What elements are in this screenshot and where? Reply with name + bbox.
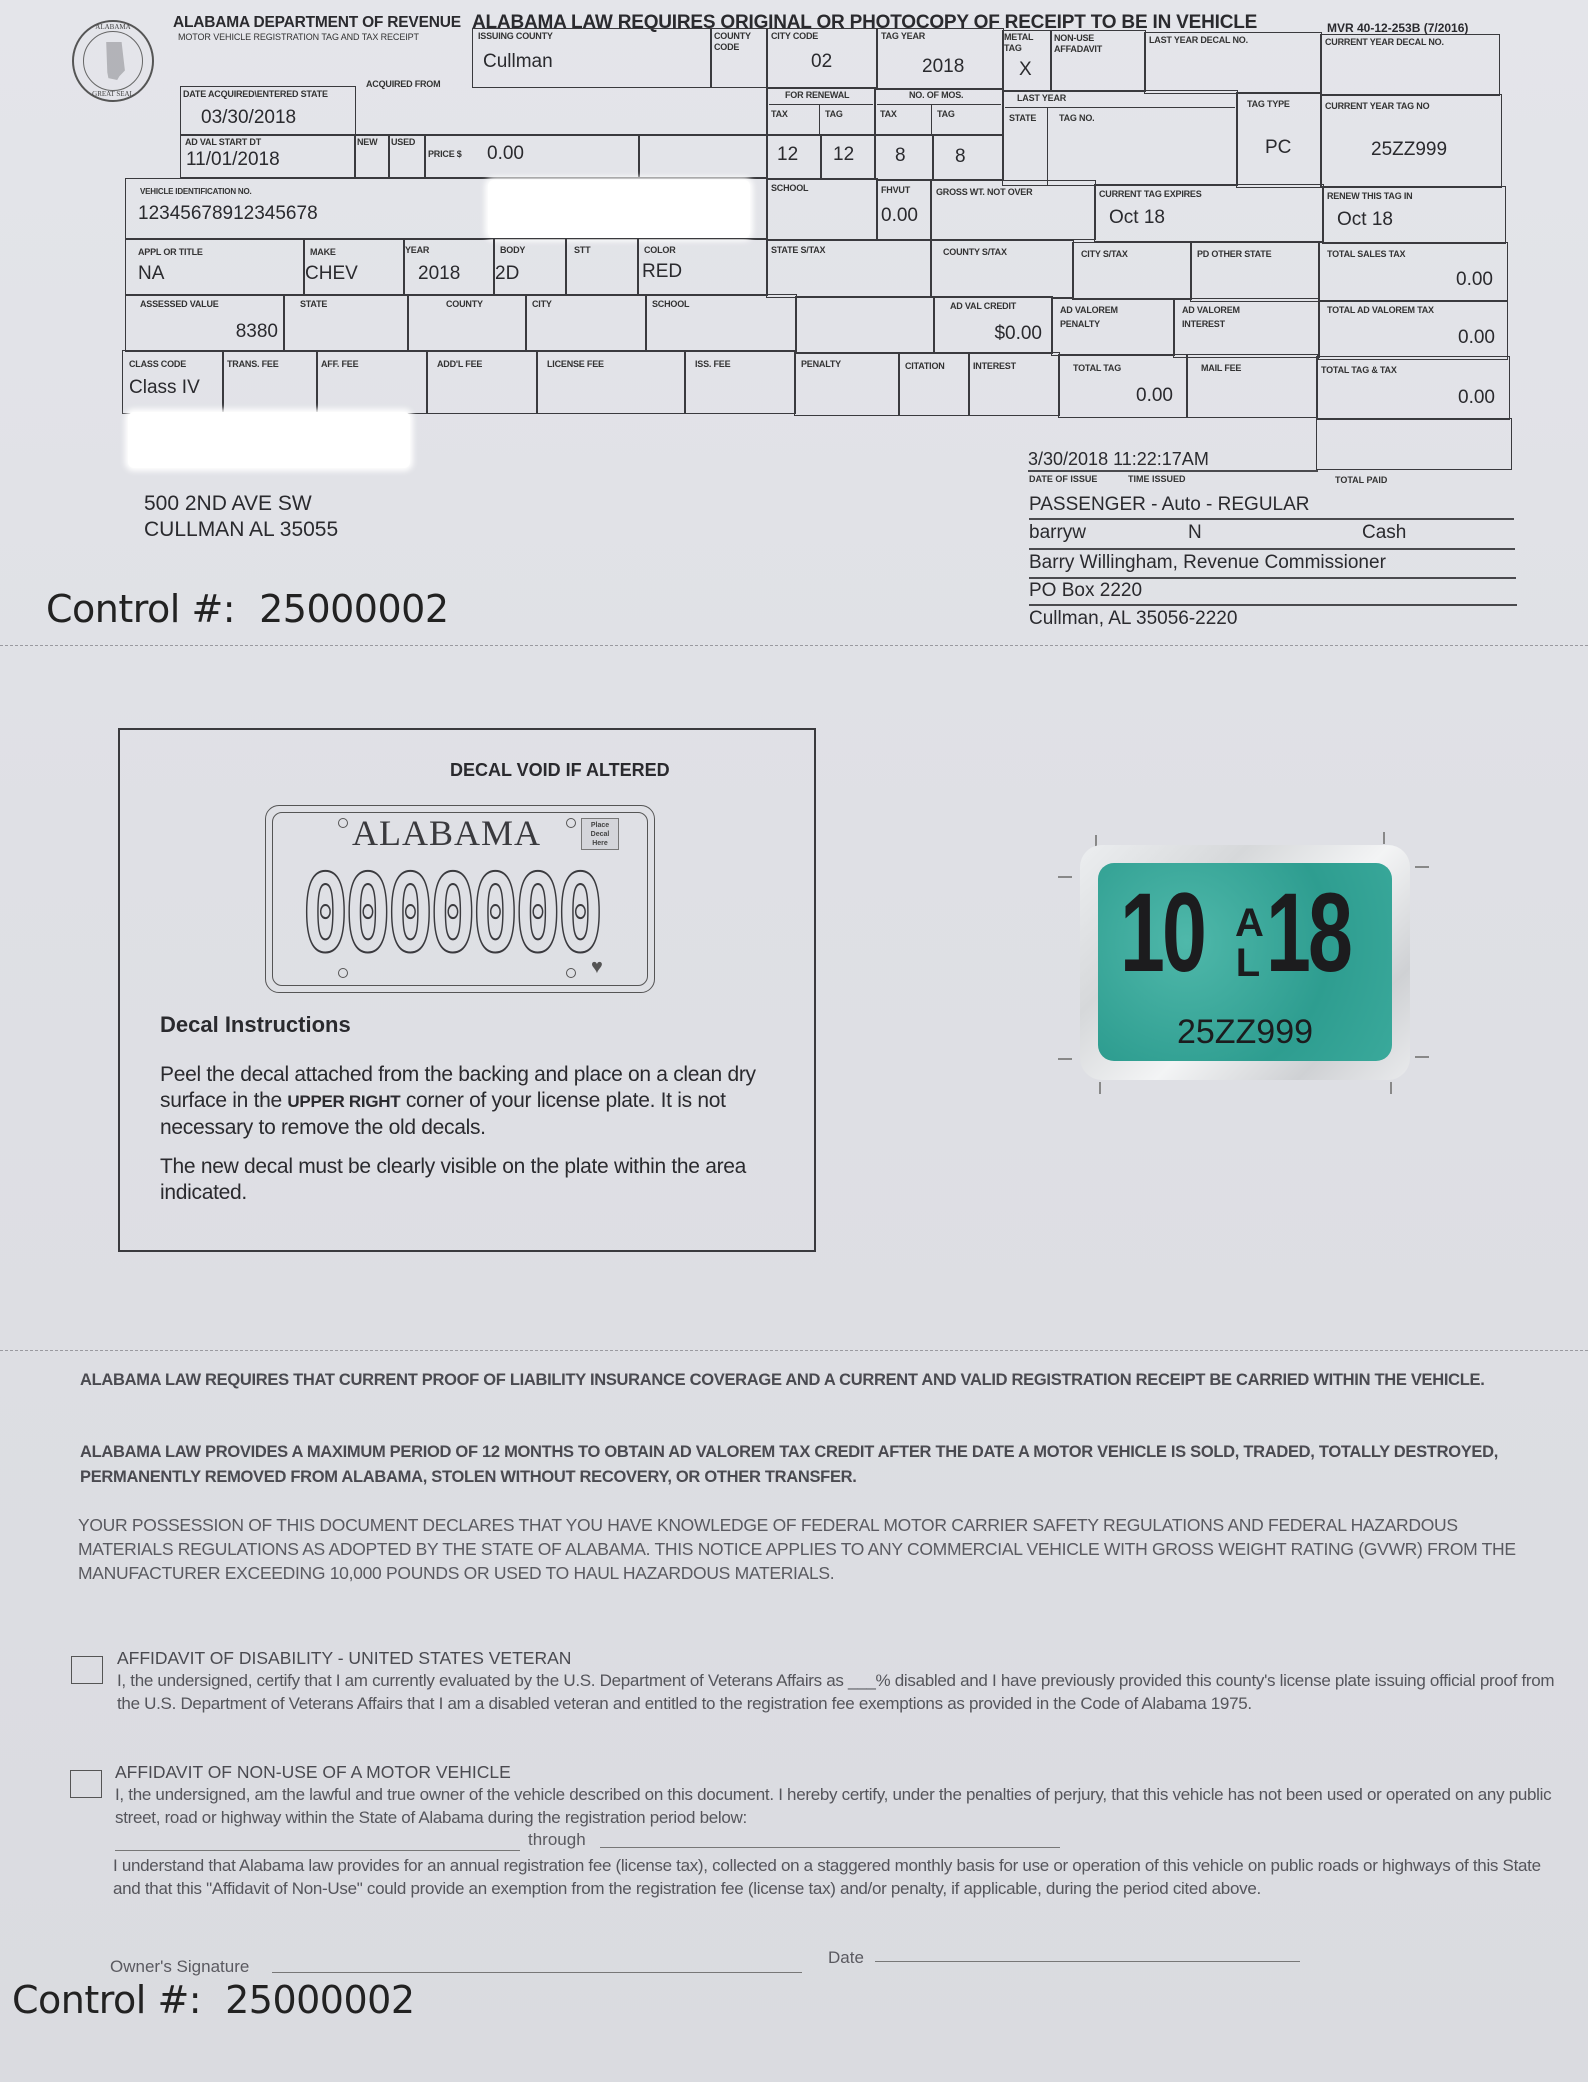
- ad-val-credit-value: $0.00: [994, 323, 1042, 345]
- for-renewal-label: FOR RENEWAL: [785, 90, 849, 101]
- license-fee-label: LICENSE FEE: [547, 359, 604, 370]
- disability-affidavit-checkbox[interactable]: [71, 1656, 103, 1684]
- body-value: 2D: [495, 263, 519, 285]
- registration-receipt-page: ALABAMA GREAT SEAL ALABAMA DEPARTMENT OF…: [0, 0, 1588, 2082]
- non-use-affidavit-understanding: I understand that Alabama law provides f…: [113, 1854, 1553, 1900]
- total-tag-cell: TOTAL TAG 0.00: [1058, 354, 1188, 418]
- issuing-county-cell: ISSUING COUNTY Cullman: [472, 28, 712, 88]
- iss-fee-label: ISS. FEE: [695, 359, 730, 370]
- license-plate-diagram: ALABAMA Place Decal Here 0000000 ♥: [265, 805, 655, 993]
- av-school-cell: SCHOOL: [645, 294, 797, 352]
- renewal-tax-value-cell: 12: [766, 134, 822, 180]
- blank-cell-b: [795, 296, 935, 354]
- decal-state-abbrev: A L: [1235, 903, 1261, 983]
- divider: [1029, 577, 1516, 579]
- trans-fee-cell: TRANS. FEE: [222, 350, 318, 414]
- renew-this-tag-label: RENEW THIS TAG IN: [1327, 191, 1412, 202]
- current-year-decal-cell: CURRENT YEAR DECAL NO.: [1320, 34, 1500, 96]
- no-of-months-tax-label: TAX: [880, 109, 897, 120]
- gross-weight-label: GROSS WT. NOT OVER: [936, 187, 1032, 198]
- decal-month: 10: [1120, 877, 1204, 989]
- make-value: CHEV: [305, 263, 358, 285]
- current-year-decal-label: CURRENT YEAR DECAL NO.: [1325, 37, 1444, 48]
- blank-cell-a: [638, 134, 768, 178]
- ad-val-credit-label: AD VAL CREDIT: [950, 301, 1016, 312]
- non-use-label: NON-USE AFFADAVIT: [1054, 33, 1134, 56]
- non-use-affidavit-checkbox[interactable]: [70, 1770, 102, 1798]
- date-acquired-label: DATE ACQUIRED\ENTERED STATE: [183, 89, 328, 100]
- decal-instructions-title: Decal Instructions: [160, 1012, 351, 1038]
- citation-label: CITATION: [905, 361, 945, 372]
- av-state-cell: STATE: [283, 294, 409, 352]
- plate-state-name: ALABAMA: [352, 812, 541, 854]
- total-tag-and-tax-value: 0.00: [1458, 387, 1495, 409]
- seal-bottom-text: GREAT SEAL: [74, 90, 152, 98]
- place-decal-here-marker: Place Decal Here: [581, 818, 619, 850]
- plate-hole-icon: [566, 818, 576, 828]
- divider: [1029, 548, 1515, 550]
- tag-year-value: 2018: [922, 56, 964, 78]
- interest-cell: INTEREST: [968, 352, 1060, 416]
- color-value: RED: [642, 261, 682, 283]
- total-paid-cell: [1316, 418, 1512, 470]
- total-ad-valorem-tax-cell: TOTAL AD VALOREM TAX 0.00: [1318, 300, 1508, 360]
- av-county-cell: COUNTY: [407, 294, 527, 352]
- appl-or-title-value: NA: [138, 263, 164, 285]
- for-renewal-tax-label: TAX: [771, 109, 788, 120]
- county-sales-tax-label: COUNTY S/TAX: [943, 247, 1007, 258]
- ad-val-start-cell: AD VAL START DT 11/01/2018: [180, 134, 356, 178]
- payment-method: Cash: [1362, 522, 1406, 544]
- av-city-label: CITY: [532, 299, 552, 310]
- crop-mark: [1058, 876, 1072, 878]
- price-label: PRICE $: [428, 149, 462, 160]
- decal-face: 10 A L 18 25ZZ999: [1098, 863, 1392, 1061]
- assessed-value-label: ASSESSED VALUE: [140, 299, 219, 310]
- year-value: 2018: [418, 263, 460, 285]
- heart-icon: ♥: [591, 958, 609, 976]
- current-year-tag-cell: CURRENT YEAR TAG NO 25ZZ999: [1320, 94, 1502, 188]
- no-of-months-label: NO. OF MOS.: [909, 90, 963, 101]
- current-year-tag-value: 25ZZ999: [1371, 139, 1447, 161]
- decal-year: 18: [1266, 877, 1350, 989]
- ad-val-start-value: 11/01/2018: [186, 149, 280, 171]
- receipt-subtitle: MOTOR VEHICLE REGISTRATION TAG AND TAX R…: [178, 32, 419, 42]
- total-paid-label: TOTAL PAID: [1335, 475, 1387, 485]
- assessed-value-value: 8380: [236, 321, 278, 343]
- citation-cell: CITATION: [898, 352, 970, 416]
- last-year-decal-cell: LAST YEAR DECAL NO.: [1144, 32, 1322, 94]
- owner-address-line1: 500 2ND AVE SW: [144, 492, 312, 516]
- ad-val-credit-cell: AD VAL CREDIT $0.00: [933, 296, 1053, 354]
- ad-valorem-penalty-label: AD VALOREM PENALTY: [1060, 303, 1160, 331]
- months-tax-value: 8: [895, 145, 906, 167]
- control-label: Control #:: [46, 587, 235, 631]
- fhvut-label: FHVUT: [881, 185, 910, 196]
- last-year-tag-no-label: TAG NO.: [1059, 113, 1094, 124]
- crop-mark: [1383, 832, 1385, 844]
- tear-line-1: [0, 645, 1588, 646]
- color-cell: COLOR RED: [637, 238, 768, 296]
- vin-label: VEHICLE IDENTIFICATION NO.: [140, 187, 252, 197]
- av-school-label: SCHOOL: [652, 299, 689, 310]
- tag-type-cell: TAG TYPE PC: [1236, 92, 1322, 188]
- last-year-state-label: STATE: [1009, 113, 1036, 124]
- crop-mark: [1099, 1082, 1101, 1094]
- class-code-label: CLASS CODE: [129, 359, 186, 370]
- color-label: COLOR: [644, 245, 676, 256]
- ad-val-start-label: AD VAL START DT: [185, 137, 261, 148]
- non-use-to-date-field[interactable]: [600, 1847, 1060, 1848]
- ad-valorem-interest-label: AD VALOREM INTEREST: [1182, 303, 1282, 331]
- mail-fee-label: MAIL FEE: [1201, 363, 1241, 374]
- tag-year-cell: TAG YEAR 2018: [876, 28, 1004, 90]
- time-issued-label: TIME ISSUED: [1128, 474, 1186, 484]
- assessed-value-cell: ASSESSED VALUE 8380: [125, 294, 285, 352]
- aff-fee-label: AFF. FEE: [321, 359, 358, 370]
- months-tag-value-cell: 8: [932, 134, 1004, 180]
- total-ad-valorem-tax-value: 0.00: [1458, 327, 1495, 349]
- seal-top-text: ALABAMA: [74, 23, 152, 31]
- mail-fee-cell: MAIL FEE: [1186, 354, 1318, 418]
- county-code-label: COUNTY CODE: [714, 31, 764, 54]
- decal-state-letter-a: A: [1235, 903, 1261, 943]
- acquired-from-cell: ACQUIRED FROM: [354, 86, 768, 136]
- interest-label: INTEREST: [973, 361, 1016, 372]
- av-city-cell: CITY: [525, 294, 647, 352]
- instructions-emphasis: UPPER RIGHT: [287, 1092, 400, 1111]
- tag-type-value: PC: [1265, 137, 1291, 159]
- body-cell: BODY 2D: [493, 238, 567, 296]
- clerk-id: barryw: [1029, 522, 1086, 544]
- aff-fee-cell: AFF. FEE: [316, 350, 428, 414]
- stt-label: STT: [574, 245, 590, 256]
- crop-mark: [1390, 1082, 1392, 1094]
- tag-type-label: TAG TYPE: [1247, 99, 1290, 110]
- decal-void-notice: DECAL VOID IF ALTERED: [450, 760, 670, 781]
- alabama-great-seal-icon: ALABAMA GREAT SEAL: [72, 20, 154, 102]
- penalty-label: PENALTY: [801, 359, 841, 370]
- federal-regulations-notice: YOUR POSSESSION OF THIS DOCUMENT DECLARE…: [78, 1513, 1528, 1585]
- for-renewal-cell: FOR RENEWAL TAX TAG: [766, 88, 876, 136]
- metal-tag-label: METAL TAG: [1004, 32, 1046, 55]
- make-label: MAKE: [310, 247, 336, 258]
- city-code-label: CITY CODE: [771, 31, 818, 42]
- iss-fee-cell: ISS. FEE: [684, 350, 796, 414]
- disability-affidavit-title: AFFIDAVIT OF DISABILITY - UNITED STATES …: [117, 1648, 571, 1669]
- addl-fee-label: ADD'L FEE: [437, 359, 482, 370]
- metal-tag-cell: METAL TAG X: [1002, 30, 1052, 92]
- price-cell: PRICE $ 0.00: [424, 134, 640, 178]
- control-value: 25000002: [259, 587, 448, 631]
- total-tag-and-tax-label: TOTAL TAG & TAX: [1321, 365, 1397, 376]
- last-year-label: LAST YEAR: [1017, 93, 1066, 104]
- used-checkbox-cell[interactable]: USED: [388, 134, 426, 178]
- months-tag-value: 8: [955, 146, 966, 168]
- tear-line-2: [0, 1350, 1588, 1351]
- year-cell: YEAR 2018: [403, 238, 495, 296]
- signature-date-field[interactable]: [875, 1961, 1300, 1962]
- form-number: MVR 40-12-253B (7/2016): [1327, 21, 1468, 35]
- months-tax-value-cell: 8: [874, 134, 934, 180]
- crop-mark: [1415, 866, 1429, 868]
- control-value: 25000002: [225, 1978, 414, 2022]
- city-code-value: 02: [811, 51, 832, 73]
- decal-instructions-paragraph-2: The new decal must be clearly visible on…: [160, 1154, 780, 1206]
- owner-signature-label: Owner's Signature: [110, 1957, 249, 1977]
- total-tag-and-tax-cell: TOTAL TAG & TAX 0.00: [1316, 356, 1510, 420]
- ad-valorem-interest-cell: AD VALOREM INTEREST: [1173, 298, 1320, 358]
- class-code-cell: CLASS CODE Class IV: [122, 350, 224, 414]
- new-checkbox-cell[interactable]: NEW: [354, 134, 390, 178]
- total-sales-tax-cell: TOTAL SALES TAX 0.00: [1318, 242, 1508, 302]
- for-renewal-tag-label: TAG: [825, 109, 843, 120]
- redacted-area: [488, 180, 750, 238]
- total-tag-label: TOTAL TAG: [1073, 363, 1121, 374]
- plate-hole-icon: [338, 818, 348, 828]
- ad-valorem-penalty-cell: AD VALOREM PENALTY: [1051, 298, 1175, 356]
- addl-fee-cell: ADD'L FEE: [426, 350, 538, 414]
- date-acquired-cell: DATE ACQUIRED\ENTERED STATE 03/30/2018: [180, 86, 356, 136]
- current-tag-expires-value: Oct 18: [1109, 207, 1165, 229]
- decal-instructions-box: DECAL VOID IF ALTERED ALABAMA Place Deca…: [118, 728, 816, 1252]
- control-number: Control #:25000002: [46, 587, 449, 631]
- renew-this-tag-value: Oct 18: [1337, 209, 1393, 231]
- year-label: YEAR: [405, 245, 429, 256]
- total-ad-valorem-tax-label: TOTAL AD VALOREM TAX: [1327, 305, 1434, 316]
- total-tag-value: 0.00: [1136, 385, 1173, 407]
- decal-tag-number: 25ZZ999: [1098, 1013, 1392, 1052]
- decal-state-letter-l: L: [1235, 943, 1261, 983]
- current-year-tag-label: CURRENT YEAR TAG NO: [1325, 101, 1429, 112]
- last-year-decal-label: LAST YEAR DECAL NO.: [1149, 35, 1248, 46]
- no-of-months-tag-label: TAG: [937, 109, 955, 120]
- through-label: through: [528, 1830, 586, 1850]
- county-code-cell: COUNTY CODE: [710, 28, 768, 88]
- make-cell: MAKE CHEV: [303, 238, 405, 296]
- stt-cell: STT: [565, 238, 639, 296]
- disability-affidavit-text: I, the undersigned, certify that I am cu…: [117, 1669, 1557, 1715]
- state-sales-tax-cell: STATE S/TAX: [766, 240, 932, 298]
- vin-value: 12345678912345678: [138, 203, 318, 225]
- school-cell: SCHOOL: [766, 178, 878, 240]
- revenue-commissioner: Barry Willingham, Revenue Commissioner: [1029, 552, 1386, 574]
- fhvut-value: 0.00: [881, 205, 918, 227]
- non-use-affidavit-title: AFFIDAVIT OF NON-USE OF A MOTOR VEHICLE: [115, 1762, 511, 1783]
- tag-year-label: TAG YEAR: [881, 31, 925, 42]
- current-tag-expires-cell: CURRENT TAG EXPIRES Oct 18: [1094, 184, 1324, 242]
- date-of-issue-label: DATE OF ISSUE: [1029, 474, 1097, 484]
- insurance-notice: ALABAMA LAW REQUIRES THAT CURRENT PROOF …: [80, 1368, 1530, 1393]
- state-sales-tax-label: STATE S/TAX: [771, 245, 825, 256]
- new-label: NEW: [357, 137, 377, 148]
- alabama-map-icon: [104, 42, 126, 80]
- gross-weight-cell: GROSS WT. NOT OVER: [930, 180, 1096, 240]
- issue-underline: [1028, 470, 1318, 472]
- price-value: 0.00: [487, 143, 524, 165]
- non-use-affidavit-text: I, the undersigned, am the lawful and tr…: [115, 1783, 1555, 1829]
- class-code-value: Class IV: [129, 377, 200, 399]
- non-use-from-date-field[interactable]: [115, 1850, 520, 1851]
- divider: [1029, 604, 1517, 606]
- fhvut-cell: FHVUT 0.00: [876, 180, 932, 240]
- vehicle-class: PASSENGER - Auto - REGULAR: [1029, 494, 1310, 516]
- commissioner-city-state-zip: Cullman, AL 35056-2220: [1029, 608, 1237, 630]
- metal-tag-value: X: [1019, 59, 1032, 81]
- used-label: USED: [391, 137, 415, 148]
- license-fee-cell: LICENSE FEE: [536, 350, 686, 414]
- total-sales-tax-label: TOTAL SALES TAX: [1327, 249, 1405, 260]
- trans-fee-label: TRANS. FEE: [227, 359, 279, 370]
- ad-valorem-credit-notice: ALABAMA LAW PROVIDES A MAXIMUM PERIOD OF…: [80, 1440, 1530, 1490]
- decal-instructions-paragraph-1: Peel the decal attached from the backing…: [160, 1062, 780, 1141]
- crop-mark: [1058, 1058, 1072, 1060]
- date-acquired-value: 03/30/2018: [201, 107, 296, 129]
- owner-address-line2: CULLMAN AL 35055: [144, 518, 338, 542]
- renewal-tag-value-cell: 12: [820, 134, 876, 180]
- issuing-county-value: Cullman: [483, 51, 553, 73]
- av-county-label: COUNTY: [446, 299, 483, 310]
- acquired-from-label: ACQUIRED FROM: [366, 79, 440, 90]
- total-sales-tax-value: 0.00: [1456, 269, 1493, 291]
- renew-this-tag-cell: RENEW THIS TAG IN Oct 18: [1322, 186, 1506, 244]
- owner-signature-field[interactable]: [272, 1972, 802, 1973]
- department-title: ALABAMA DEPARTMENT OF REVENUE: [173, 14, 461, 32]
- no-of-months-cell: NO. OF MOS. TAX TAG: [874, 88, 1004, 136]
- av-state-label: STATE: [300, 299, 327, 310]
- commissioner-po-box: PO Box 2220: [1029, 580, 1142, 602]
- penalty-cell: PENALTY: [794, 352, 900, 416]
- last-year-cell: LAST YEAR STATE TAG NO.: [1002, 90, 1238, 186]
- control-number-bottom: Control #:25000002: [12, 1978, 415, 2022]
- divider: [1029, 518, 1514, 520]
- renewal-tag-value: 12: [833, 144, 854, 166]
- signature-date-label: Date: [828, 1948, 864, 1968]
- issue-flag: N: [1188, 522, 1202, 544]
- city-sales-tax-label: CITY S/TAX: [1081, 249, 1128, 260]
- pd-other-state-label: PD OTHER STATE: [1197, 249, 1271, 260]
- city-sales-tax-cell: CITY S/TAX: [1072, 242, 1192, 300]
- current-tag-expires-label: CURRENT TAG EXPIRES: [1099, 189, 1202, 200]
- issuing-county-label: ISSUING COUNTY: [478, 31, 553, 42]
- crop-mark: [1415, 1056, 1429, 1058]
- non-use-affidavit-cell: NON-USE AFFADAVIT: [1050, 30, 1146, 92]
- appl-or-title-label: APPL OR TITLE: [138, 247, 203, 258]
- city-code-cell: CITY CODE 02: [766, 28, 878, 88]
- registration-decal-sticker[interactable]: 10 A L 18 25ZZ999: [1080, 845, 1410, 1080]
- county-sales-tax-cell: COUNTY S/TAX: [930, 240, 1074, 298]
- control-label: Control #:: [12, 1978, 201, 2022]
- issue-datetime: 3/30/2018 11:22:17AM: [1028, 449, 1209, 470]
- pd-other-state-cell: PD OTHER STATE: [1190, 242, 1320, 302]
- school-label: SCHOOL: [771, 183, 808, 194]
- body-label: BODY: [500, 245, 525, 256]
- plate-number: 0000000: [302, 852, 599, 977]
- appl-or-title-cell: APPL OR TITLE NA: [125, 238, 305, 296]
- renewal-tax-value: 12: [777, 144, 798, 166]
- redacted-owner-name: [128, 412, 410, 468]
